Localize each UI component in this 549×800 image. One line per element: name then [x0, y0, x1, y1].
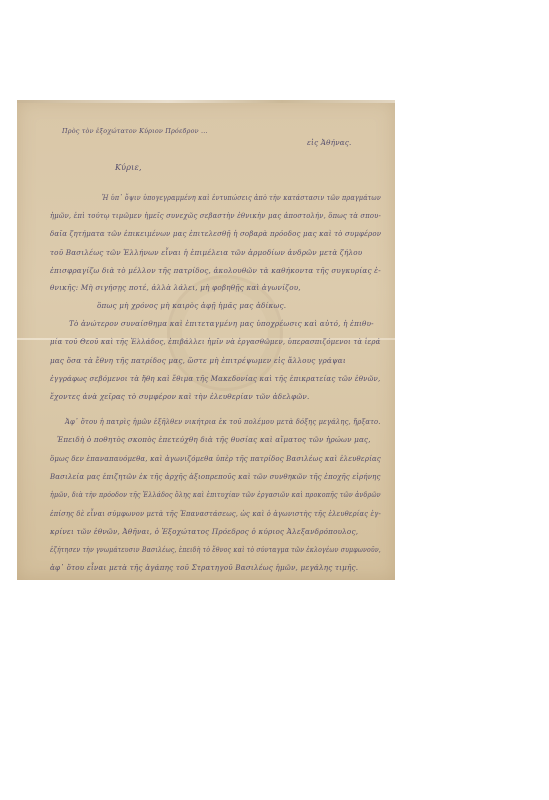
text-line: μας ὅσα τὰ ἔθνη τῆς πατρίδος μας, ὥστε μ… — [50, 356, 346, 365]
text-line: κρίνει τῶν ἐθνῶν, Ἀθῆναι, ὁ Ἐξοχώτατος Π… — [50, 527, 358, 536]
text-line: Ἀφ᾽ ὅτου ἡ πατρὶς ἡμῶν ἐξῆλθεν νικήτρια … — [65, 417, 381, 426]
text-line: Ἐπειδὴ ὁ ποθητὸς σκοπὸς ἐπετεύχθη διὰ τῆ… — [57, 435, 371, 444]
text-line: τοῦ Βασιλέως τῶν Ἑλλήνων εἶναι ἡ ἐπιμέλε… — [50, 248, 362, 257]
letter-page: Πρὸς τὸν ἐξοχώτατον Κύριον Πρόεδρον ... … — [17, 100, 395, 580]
text-line: μία τοῦ Θεοῦ καὶ τῆς Ἑλλάδος, ἐπιβάλλει … — [50, 337, 381, 346]
salutation: Κύριε, — [115, 163, 142, 172]
text-line: ὅπως μὴ χρόνος μὴ καιρὸς ἀφῇ ἡμᾶς μας ἀδ… — [97, 301, 286, 310]
text-line: δαῖα ζητήματα τῶν ἐπικειμένων μας ἐπιτελ… — [50, 229, 381, 238]
text-line: ἡμῶν, ἐπὶ τούτῳ τιμῶμεν ἡμεῖς συνεχῶς σε… — [50, 211, 381, 220]
text-line: ἐζήτησεν τὴν γνωμάτευσιν Βασιλέως, ἐπειδ… — [50, 545, 381, 554]
text-line: ἐπίσης δὲ εἶναι σύμφωνον μετὰ τῆς Ἐπανασ… — [50, 509, 381, 518]
text-line: ὅμως δεν ἐπαναπαυόμεθα, καὶ ἀγωνιζόμεθα … — [50, 454, 381, 463]
text-line: Βασιλεία μας ἐπιζητῶν ἐκ τῆς ἀρχῆς ἀξιοπ… — [50, 472, 381, 481]
text-line: ἐγγράφως σεβόμενοι τὰ ἤθη καὶ ἔθιμα τῆς … — [50, 374, 380, 383]
addressee-line: Πρὸς τὸν ἐξοχώτατον Κύριον Πρόεδρον ... — [62, 127, 208, 135]
text-line: ἔχοντες ἀνὰ χεῖρας τὸ συμφέρον καὶ τὴν ἐ… — [50, 392, 309, 401]
text-line: ἐπισφραγίζω διὰ τὸ μέλλον τῆς πατρίδος, … — [50, 266, 381, 275]
text-line: Ἡ ὑπ᾽ ὄψιν ὑπογεγραμμένη καὶ ἐντυπώσεις … — [102, 193, 381, 202]
text-line: ἡμῶν, διὰ τὴν πρόοδον τῆς Ἑλλάδος ὅλης κ… — [50, 490, 381, 499]
text-line: Τὸ ἀνώτερον συναίσθημα καὶ ἐπιτεταγμένη … — [69, 319, 374, 328]
text-line: ἀφ᾽ ὅτου εἶναι μετὰ τῆς ἀγάπης τοῦ Στρατ… — [50, 563, 358, 572]
location-line: εἰς Ἀθήνας. — [307, 138, 352, 147]
text-line: θνικῆς: Μὴ σιγήσῃς ποτέ, ἀλλὰ λάλει, μὴ … — [50, 283, 301, 292]
